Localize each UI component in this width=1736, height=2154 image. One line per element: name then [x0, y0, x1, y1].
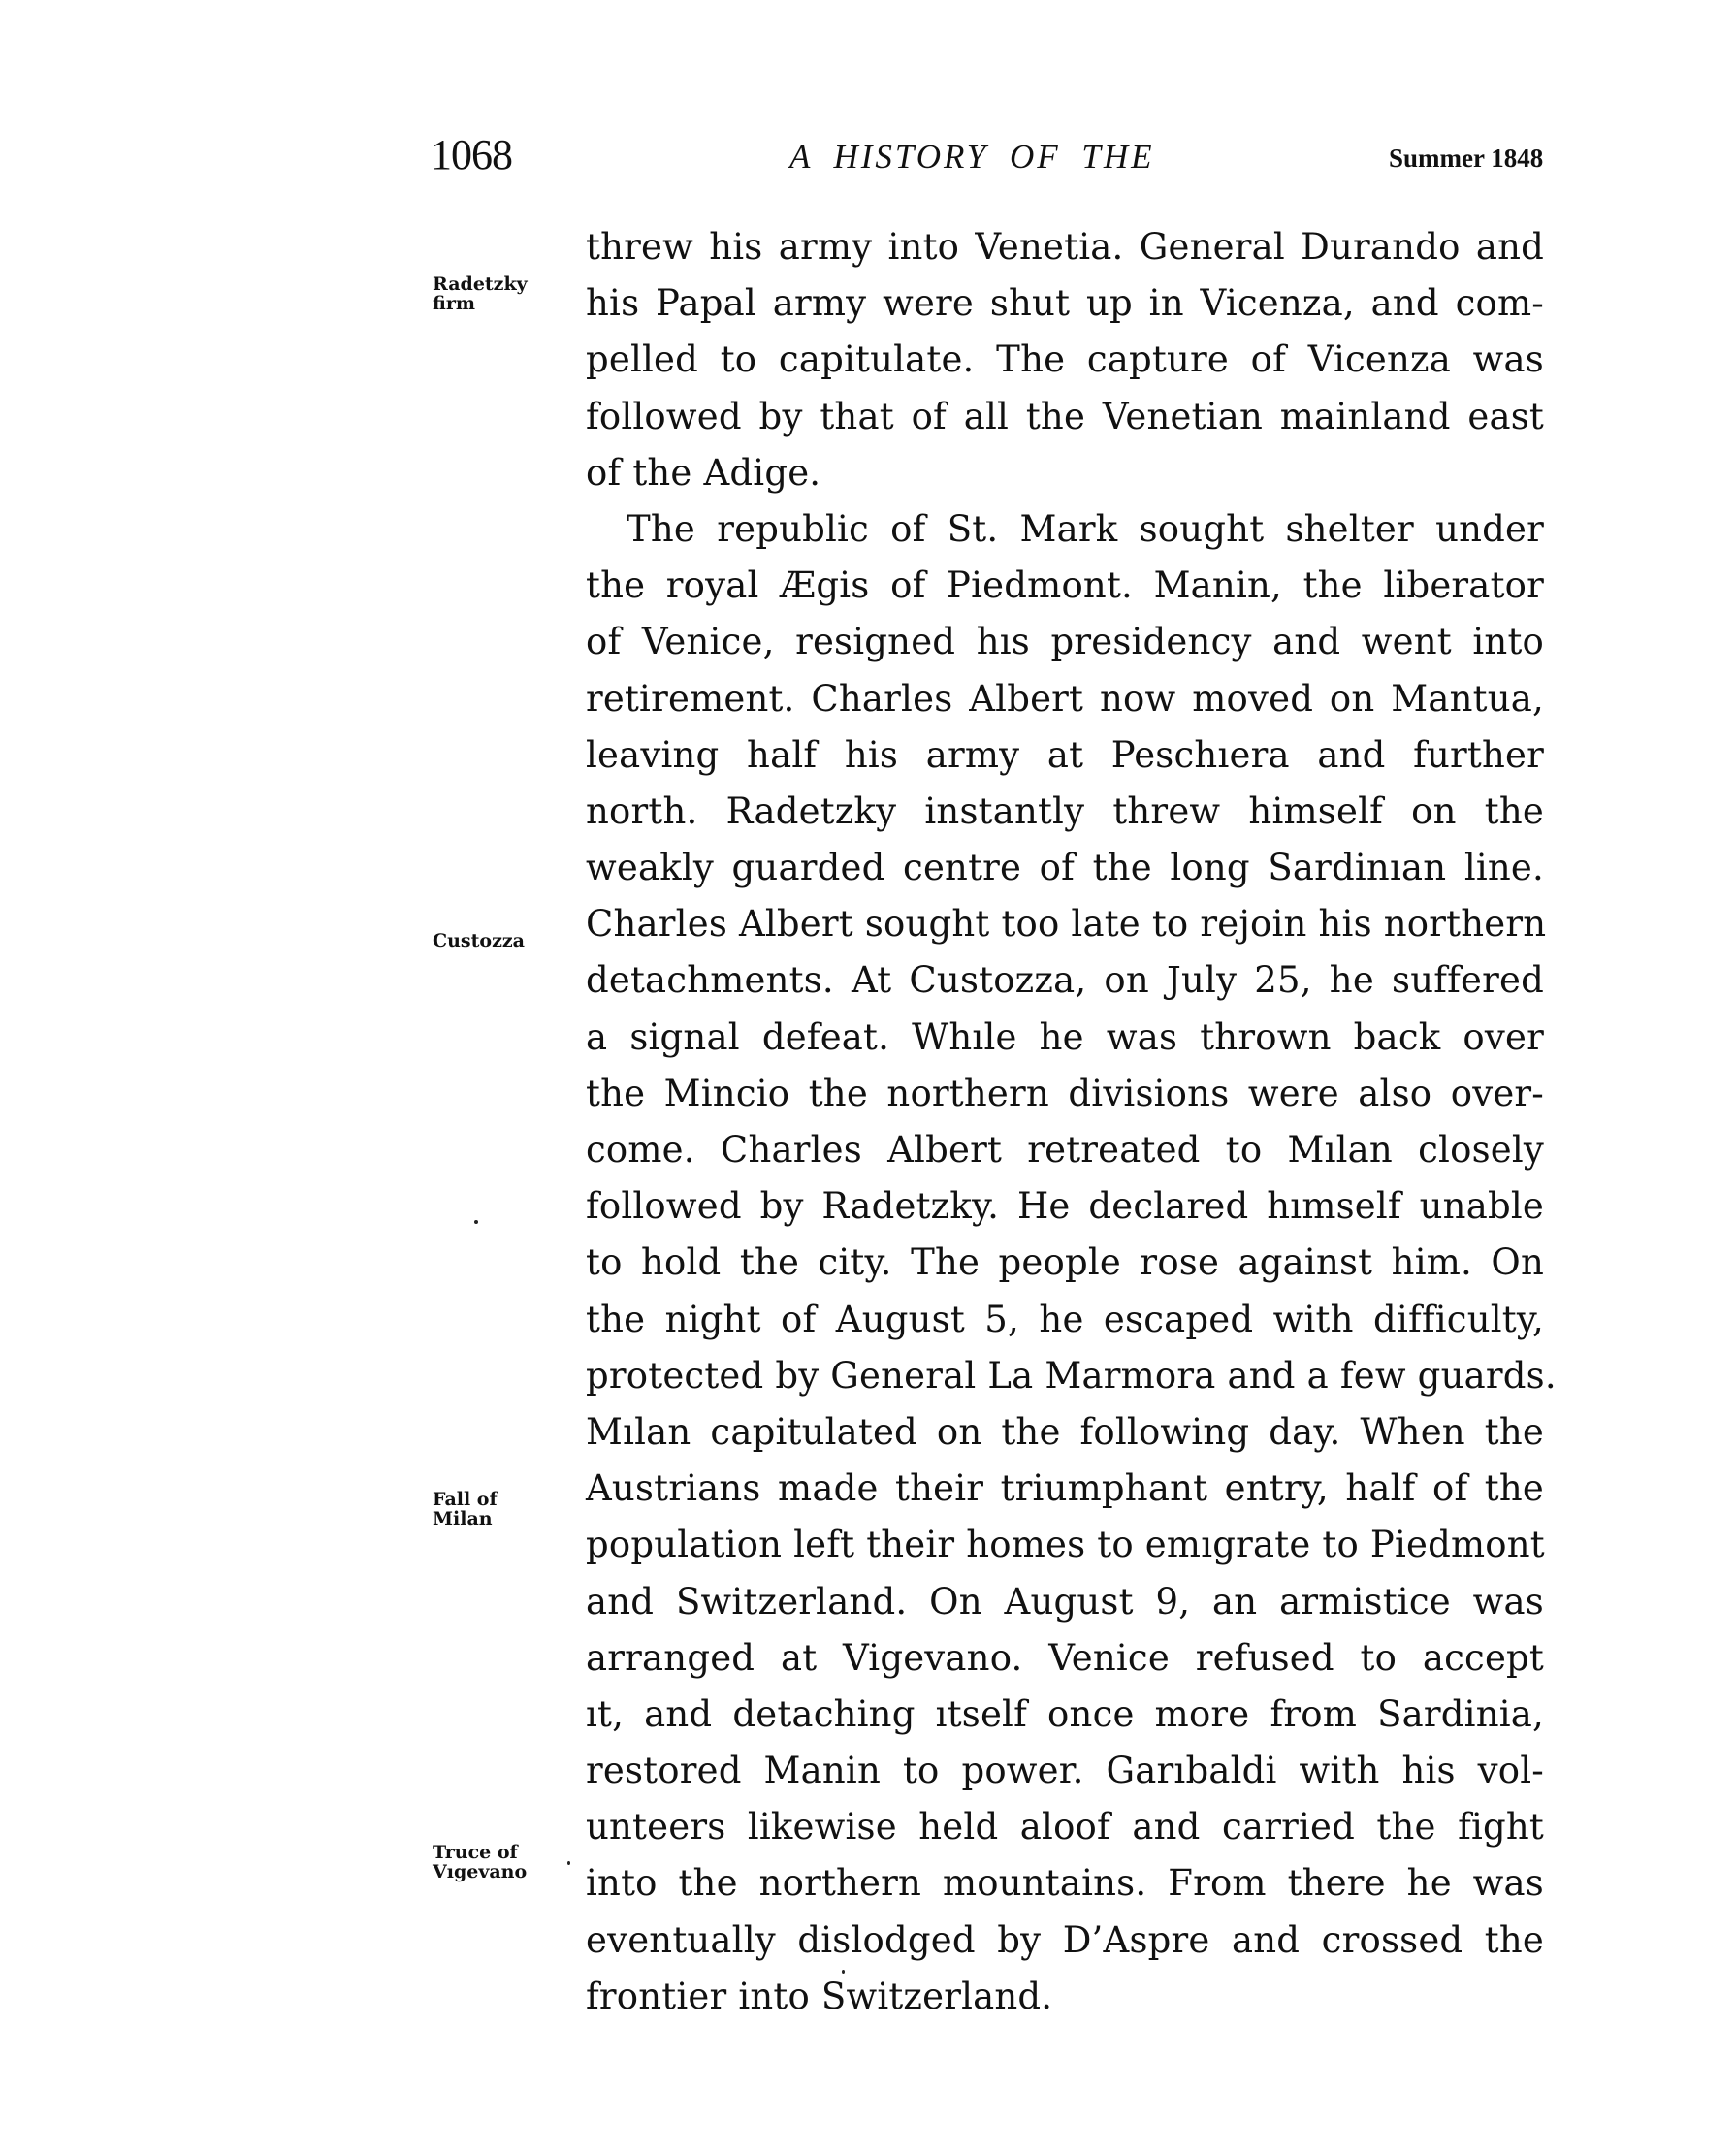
book-title: A HISTORY OF THE: [789, 140, 1201, 175]
text-line: protected by General La Marmora and a fe…: [586, 1348, 1544, 1404]
text-line: population left their homes to emıgrate …: [586, 1517, 1544, 1573]
text-line: followed by that of all the Venetian mai…: [586, 389, 1544, 445]
date-heading: Summer 1848: [1389, 145, 1543, 172]
sidenote-custozza: Custozza: [433, 931, 525, 950]
sidenote-fall-of-milan: Fall of Milan: [433, 1490, 498, 1528]
sidenote-radetzky-firm: Radetzky firm: [433, 274, 528, 313]
sidenote-line: Custozza: [433, 931, 525, 950]
text-line: eventually dislodged by D’Aspre and cros…: [586, 1913, 1544, 1969]
page-number: 1068: [431, 134, 512, 177]
sidenote-line: Milan: [433, 1509, 498, 1528]
sidenote-line: Fall of: [433, 1490, 498, 1509]
sidenote-line: Vıgevano: [433, 1862, 527, 1881]
text-line: ıt, and detaching ıtself once more from …: [586, 1687, 1544, 1743]
text-line: the royal Ægis of Piedmont. Manin, the l…: [586, 558, 1544, 614]
book-page: 1068 A HISTORY OF THE Summer 1848 Radetz…: [0, 0, 1736, 2154]
text-line: come. Charles Albert retreated to Mılan …: [586, 1122, 1544, 1178]
sidenote-line: firm: [433, 294, 528, 313]
text-line: the night of August 5, he escaped with d…: [586, 1292, 1544, 1348]
text-line: north. Radetzky instantly threw himself …: [586, 784, 1544, 840]
paragraph-1: threw his army into Venetia. General Dur…: [586, 219, 1544, 501]
text-line: arranged at Vigevano. Venice refused to …: [586, 1630, 1544, 1687]
text-line: frontier into Switzerland.: [586, 1969, 1544, 2025]
text-line: unteers likewise held aloof and carried …: [586, 1799, 1544, 1855]
text-line: into the northern mountains. From there …: [586, 1855, 1544, 1912]
text-line: restored Manin to power. Garıbaldi with …: [586, 1743, 1544, 1799]
text-line: his Papal army were shut up in Vicenza, …: [586, 275, 1544, 332]
text-line: of the Adige.: [586, 445, 1544, 501]
text-line: retirement. Charles Albert now moved on …: [586, 671, 1544, 727]
text-line: The republic of St. Mark sought shelter …: [586, 501, 1544, 558]
text-line: Austrians made their triumphant entry, h…: [586, 1461, 1544, 1517]
text-line: Charles Albert sought too late to rejoin…: [586, 896, 1544, 952]
sidenote-line: Radetzky: [433, 274, 528, 294]
running-head: 1068 A HISTORY OF THE Summer 1848: [0, 0, 1736, 194]
text-line: detachments. At Custozza, on July 25, he…: [586, 952, 1544, 1009]
text-line: weakly guarded centre of the long Sardin…: [586, 840, 1544, 896]
text-line: and Switzerland. On August 9, an armisti…: [586, 1574, 1544, 1630]
text-line: a signal defeat. Whıle he was thrown bac…: [586, 1010, 1544, 1066]
text-line: to hold the city. The people rose agains…: [586, 1235, 1544, 1291]
text-line: threw his army into Venetia. General Dur…: [586, 219, 1544, 275]
text-line: of Venice, resigned hıs presidency and w…: [586, 614, 1544, 670]
text-line: the Mincio the northern divisions were a…: [586, 1066, 1544, 1122]
scan-speck: [474, 1220, 478, 1224]
text-line: followed by Radetzky. He declared hımsel…: [586, 1178, 1544, 1235]
sidenote-truce-of-vigevano: Truce of Vıgevano: [433, 1843, 527, 1881]
paragraph-2: The republic of St. Mark sought shelter …: [586, 501, 1544, 2025]
text-line: pelled to capitulate. The capture of Vic…: [586, 332, 1544, 388]
scan-speck: [567, 1861, 570, 1865]
text-line: Mılan capitulated on the following day. …: [586, 1404, 1544, 1461]
text-line: leaving half his army at Peschıera and f…: [586, 727, 1544, 784]
sidenote-line: Truce of: [433, 1843, 527, 1862]
body-text: threw his army into Venetia. General Dur…: [586, 219, 1544, 2025]
